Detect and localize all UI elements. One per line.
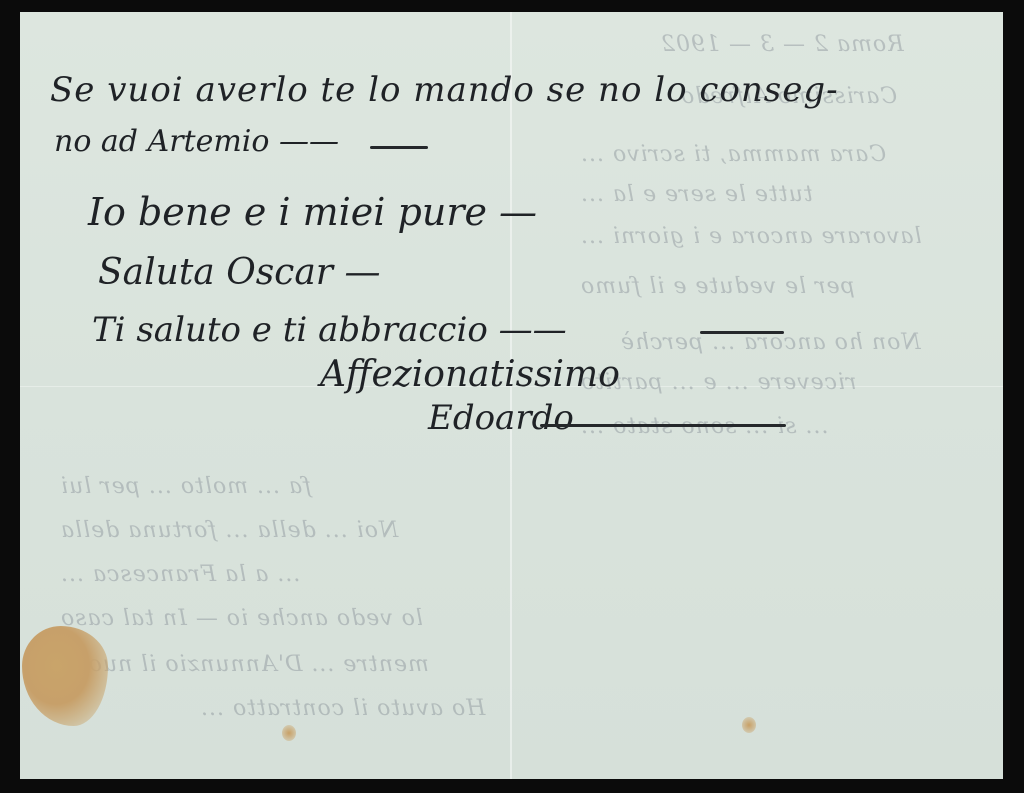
bleed-line: mentre ... D'Annunzio il nuovo [60,652,429,677]
letter-line-2: no ad Artemio —— [54,124,339,159]
letter-paper: Roma 2 — 3 — 1902 Carissimo Alfredo Cara… [20,12,1003,779]
dash-flourish [700,331,784,334]
bleed-line: ricevere ... e ... partito [580,370,857,395]
signature-underline [540,424,786,427]
letter-line-5: Ti saluto e ti abbraccio —— [92,310,567,350]
stain-spot [282,725,296,741]
letter-line-3: Io bene e i miei pure — [88,190,537,234]
bleed-line: fa ... molto ... per lui [60,474,311,499]
bleed-line: tutte le sere e la ... [580,182,813,207]
signature: Edoardo [428,398,574,438]
bleed-date: Roma 2 — 3 — 1902 [660,32,904,57]
bleed-line: ... a la Francesca ... [60,562,300,587]
closing-affectionately: Affezionatissimo [320,354,620,395]
bleed-line: Cara mamma, ti scrivo ... [580,142,886,167]
bleed-line: Noi ... della ... fortuna della [60,518,398,543]
dash-flourish [370,146,428,149]
letter-line-1: Se vuoi averlo te lo mando se no lo cons… [50,70,839,110]
fold-line-vertical [510,12,512,779]
bleed-line: lavorare ancora e i giorni ... [580,224,922,249]
bleed-line: Ho avuto il contratto ... [200,696,485,721]
bleed-line: per le vedute e il fumo [580,274,855,299]
letter-line-4: Saluta Oscar — [98,252,380,293]
bleed-line: lo vedo anche io — In tal caso [60,606,423,631]
stain-spot [742,717,756,733]
water-stain [22,626,108,726]
